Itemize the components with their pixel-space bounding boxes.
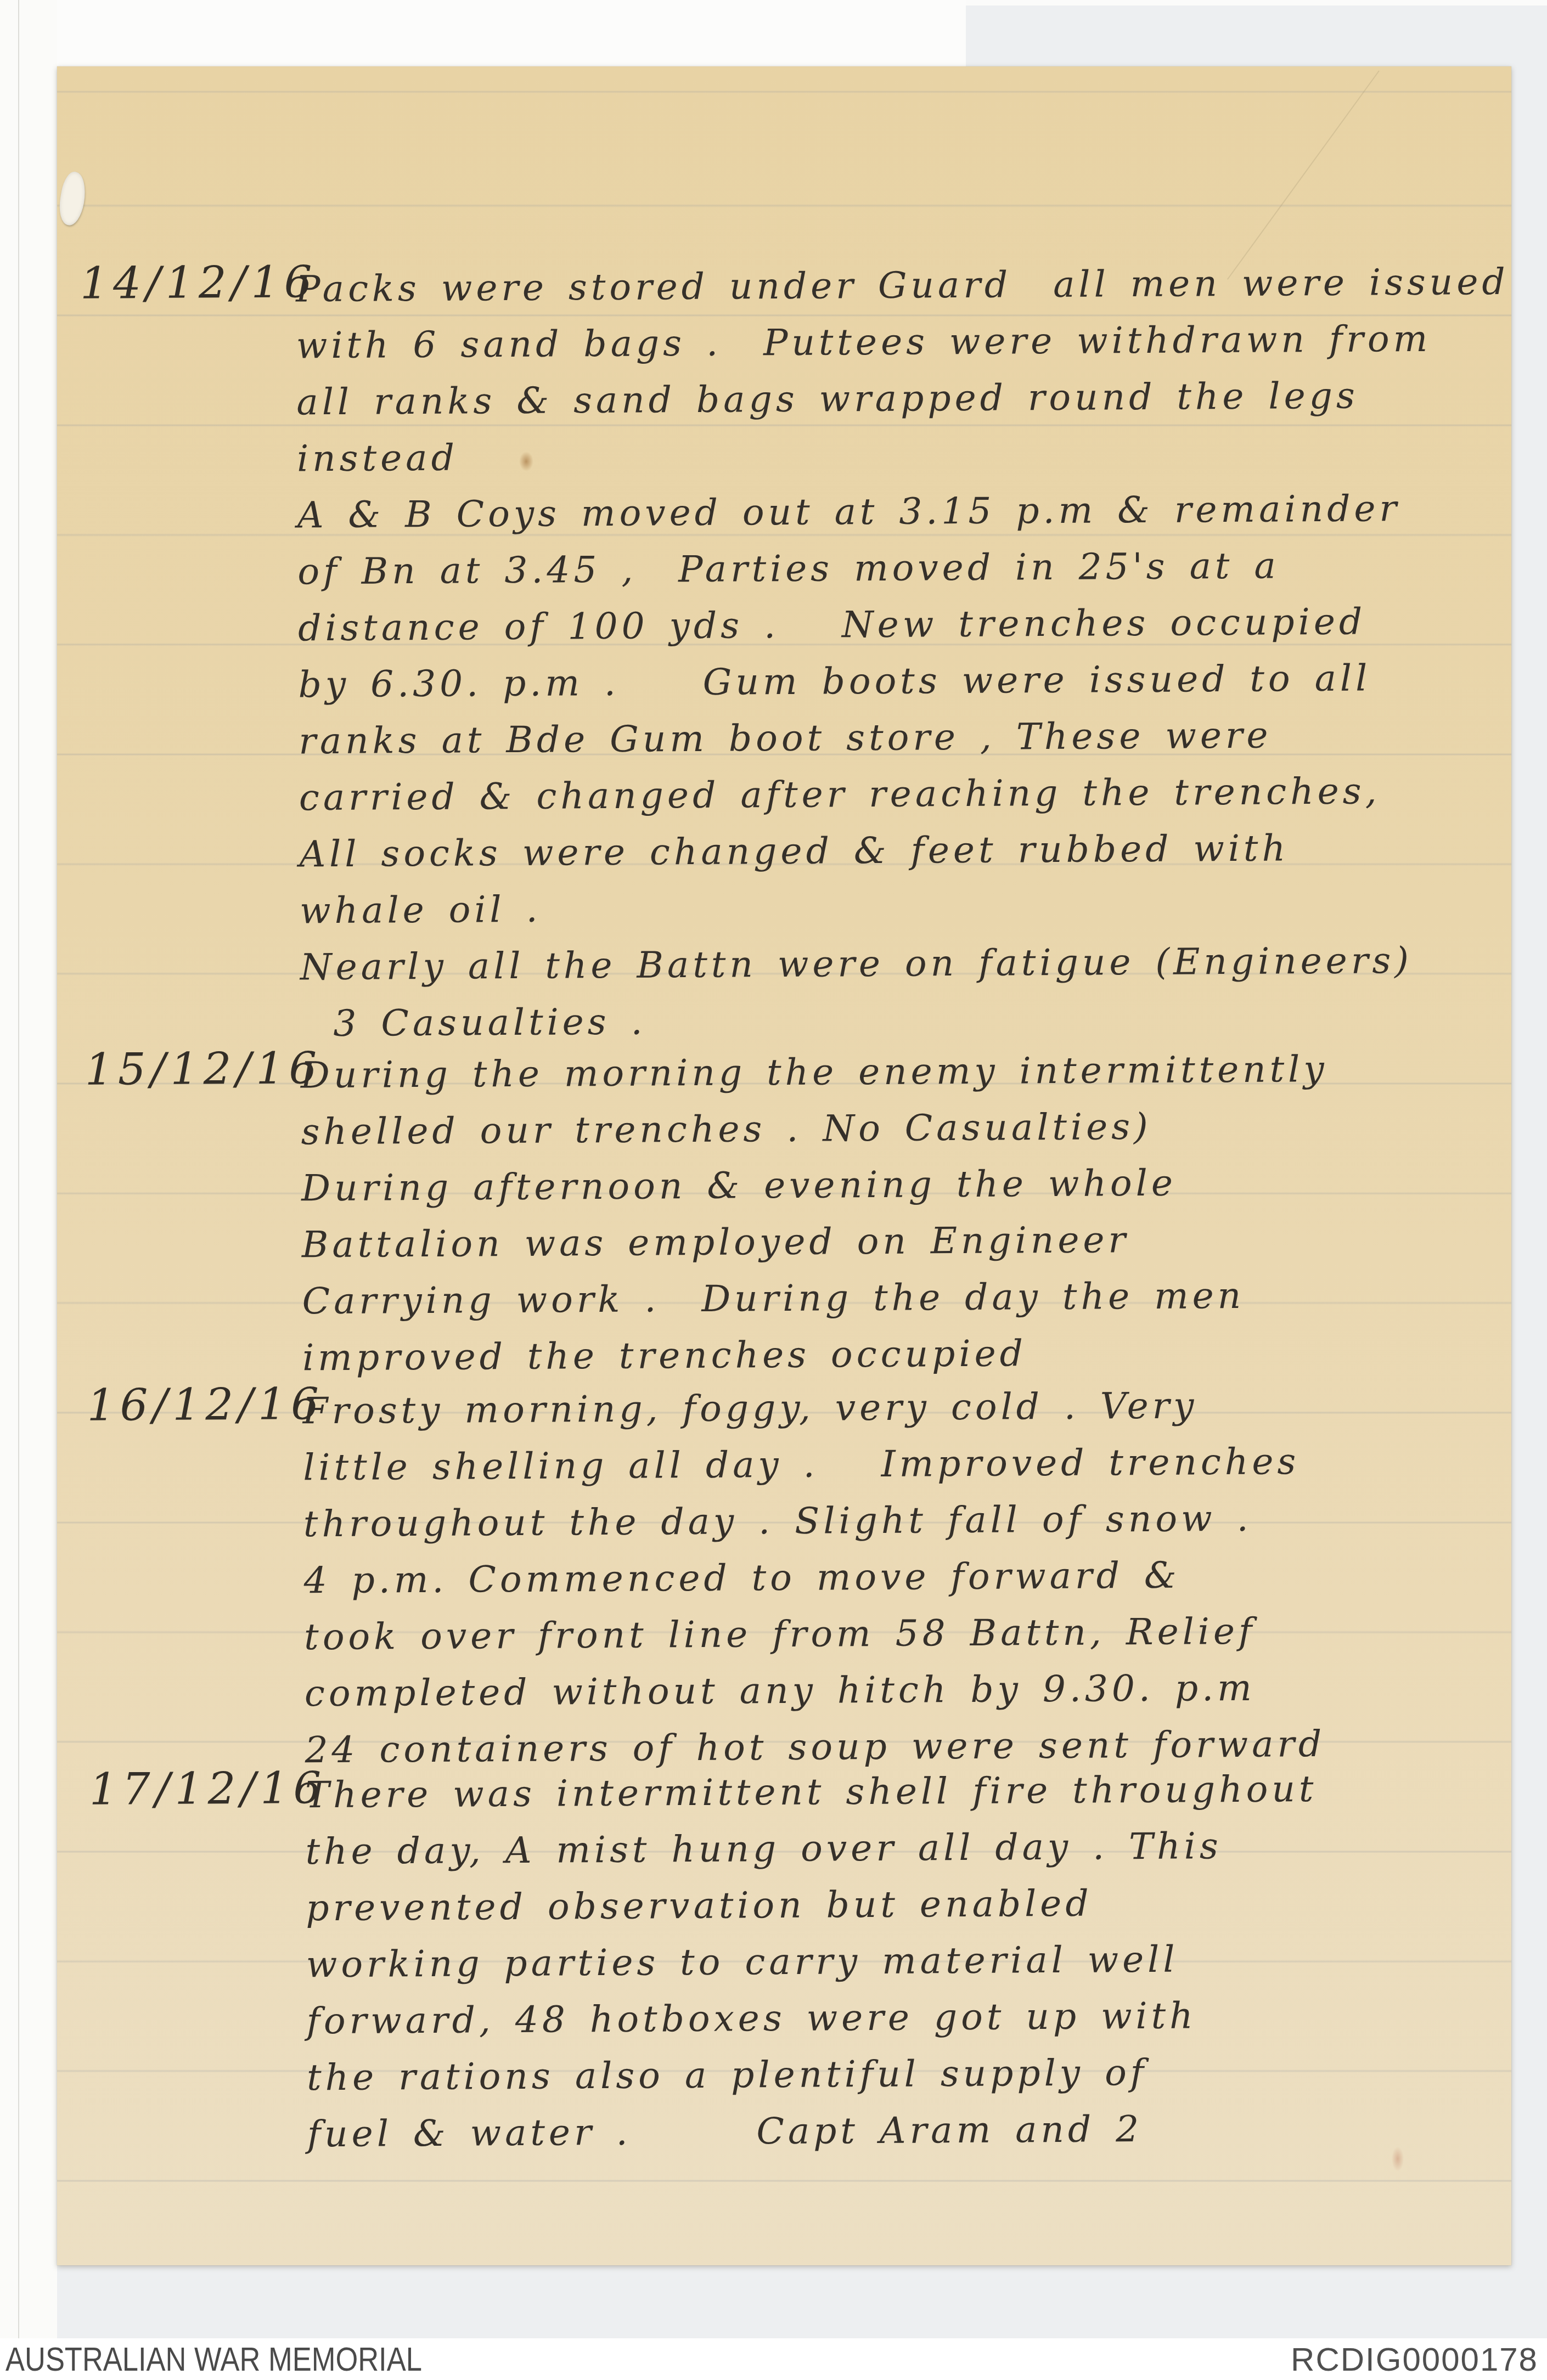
handwriting-layer: 14/12/16 Packs were stored under Guard a… (50, 62, 1518, 2270)
diary-line: working parties to carry material well (306, 1929, 1517, 1993)
diary-line: ranks at Bde Gum boot store , These were (299, 706, 1509, 769)
diary-line: distance of 100 yds . New trenches occup… (298, 593, 1509, 656)
diary-line: A & B Coys moved out at 3.15 p.m & remai… (297, 480, 1507, 543)
diary-line: Battalion was employed on Engineer (302, 1209, 1512, 1273)
entry-date: 14/12/16 (80, 256, 317, 309)
diary-entry: 16/12/16 Frosty morning, foggy, very col… (58, 1375, 1515, 1780)
document-scan: 14/12/16 Packs were stored under Guard a… (0, 0, 1547, 2380)
diary-line: little shelling all day . Improved trenc… (303, 1432, 1514, 1496)
diary-line: Frosty morning, foggy, very cold . Very (302, 1375, 1513, 1439)
item-id: RCDIG0000178 (1291, 2340, 1538, 2378)
diary-line: carried & changed after reaching the tre… (299, 762, 1510, 826)
diary-line: completed without any hitch by 9.30. p.m (305, 1658, 1515, 1722)
diary-line: all ranks & sand bags wrapped round the … (296, 366, 1507, 430)
diary-line: fuel & water . Capt Aram and 2 (307, 2099, 1517, 2162)
diary-line: shelled our trenches . No Casualties) (301, 1096, 1511, 1160)
entry-text: Frosty morning, foggy, very cold . Very … (302, 1375, 1515, 1778)
entry-text: During the morning the enemy intermitten… (301, 1040, 1513, 1386)
entry-date: 16/12/16 (87, 1378, 324, 1431)
diary-line: by 6.30. p.m . Gum boots were issued to … (298, 649, 1509, 713)
diary-line: of Bn at 3.45 , Parties moved in 25's at… (297, 536, 1508, 600)
footer-bar: AUSTRALIAN WAR MEMORIAL RCDIG0000178 (0, 2338, 1547, 2380)
diary-line: the day, A mist hung over all day . This (305, 1816, 1516, 1880)
backing-sheet-fold-line (18, 0, 19, 2338)
entry-text: Packs were stored under Guard all men we… (296, 253, 1511, 1052)
entry-date: 15/12/16 (85, 1042, 322, 1095)
backing-sheet-left (0, 0, 57, 2338)
diary-line: 4 p.m. Commenced to move forward & (303, 1545, 1514, 1609)
diary-entry: 17/12/16 There was intermittent shell fi… (61, 1759, 1517, 2164)
diary-line: During the morning the enemy intermitten… (301, 1040, 1511, 1103)
diary-line: whale oil . (300, 875, 1510, 939)
diary-line: There was intermittent shell fire throug… (305, 1759, 1516, 1823)
diary-line: instead (297, 423, 1507, 487)
archive-name: AUSTRALIAN WAR MEMORIAL (5, 2340, 422, 2378)
diary-entry: 14/12/16 Packs were stored under Guard a… (52, 253, 1511, 1053)
backing-sheet-top (0, 0, 966, 66)
diary-line: All socks were changed & feet rubbed wit… (299, 819, 1510, 882)
diary-line: prevented observation but enabled (306, 1873, 1516, 1936)
diary-line: took over front line from 58 Battn, Reli… (304, 1601, 1515, 1665)
diary-line: the rations also a plentiful supply of (307, 2042, 1517, 2106)
diary-line: throughout the day . Slight fall of snow… (303, 1488, 1514, 1552)
diary-line: with 6 sand bags . Puttees were withdraw… (296, 310, 1507, 374)
diary-line: Nearly all the Battn were on fatigue (En… (300, 932, 1510, 995)
entry-date: 17/12/16 (89, 1762, 327, 1815)
entry-text: There was intermittent shell fire throug… (305, 1759, 1517, 2162)
diary-entry: 15/12/16 During the morning the enemy in… (57, 1040, 1513, 1388)
diary-line: Packs were stored under Guard all men we… (296, 253, 1506, 317)
diary-line: Carrying work . During the day the men (302, 1266, 1512, 1329)
diary-page: 14/12/16 Packs were stored under Guard a… (57, 66, 1511, 2265)
diary-line: forward, 48 hotboxes were got up with (306, 1986, 1517, 2049)
diary-line: During afternoon & evening the whole (301, 1153, 1512, 1216)
